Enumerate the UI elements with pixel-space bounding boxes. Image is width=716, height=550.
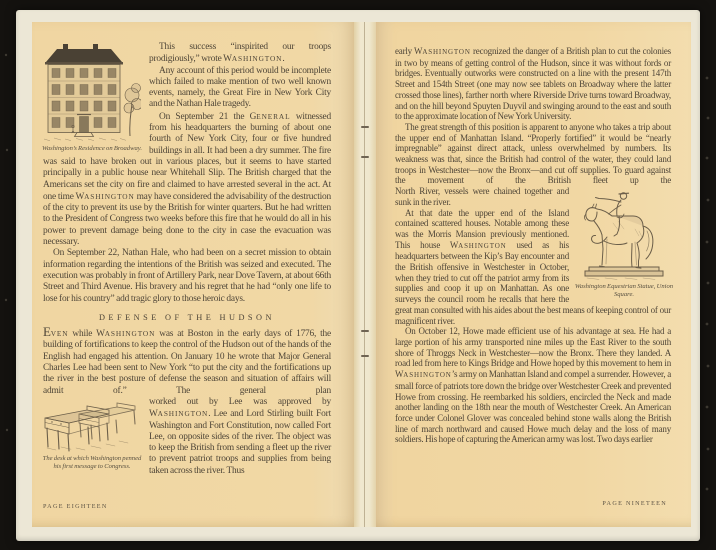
right-page-text: early Washington recognized the danger o… [395,46,671,445]
desk-illustration [43,398,141,453]
residence-figure: Washington’s Residence on Broadway. [43,43,141,153]
desk-figure: The desk at which Washington pen­ned his… [43,398,141,472]
section-heading: DEFENSE OF THE HUDSON [43,312,331,323]
left-page: Washington’s Residence on Broadway. This… [32,22,354,527]
statue-caption: Washington Equestrian Statue, Union Squa… [573,283,675,300]
residence-illustration [43,43,141,143]
photo-backdrop: Washington’s Residence on Broadway. This… [0,0,716,550]
right-page: early Washington recognized the danger o… [376,22,691,527]
page-number-left: PAGE EIGHTEEN [43,503,108,510]
statue-illustration [577,187,671,281]
paragraph: On September 22, Nathan Hale, who had be… [43,248,331,304]
fold-line [364,22,365,527]
page-number-right: PAGE NINETEEN [602,500,667,507]
binding-gutter [354,22,376,527]
binding-stitch [361,355,369,357]
paragraph: On October 12, Howe made efficient use o… [395,326,671,445]
binding-stitch [361,156,369,158]
desk-caption: The desk at which Washington pen­ned his… [39,455,145,472]
left-page-text: Washington’s Residence on Broadway. This… [43,42,331,477]
residence-caption: Washington’s Residence on Broadway. [39,145,145,153]
paragraph: early Washington recognized the danger o… [395,46,671,122]
open-book: Washington’s Residence on Broadway. This… [16,10,700,541]
binding-stitch [361,126,369,128]
paragraph: The great strength of this position is a… [395,122,671,186]
paragraph: Even while Washington was at Boston in t… [43,328,331,397]
statue-figure: Washington Equestrian Statue, Union Squa… [577,187,671,300]
binding-stitch [361,330,369,332]
